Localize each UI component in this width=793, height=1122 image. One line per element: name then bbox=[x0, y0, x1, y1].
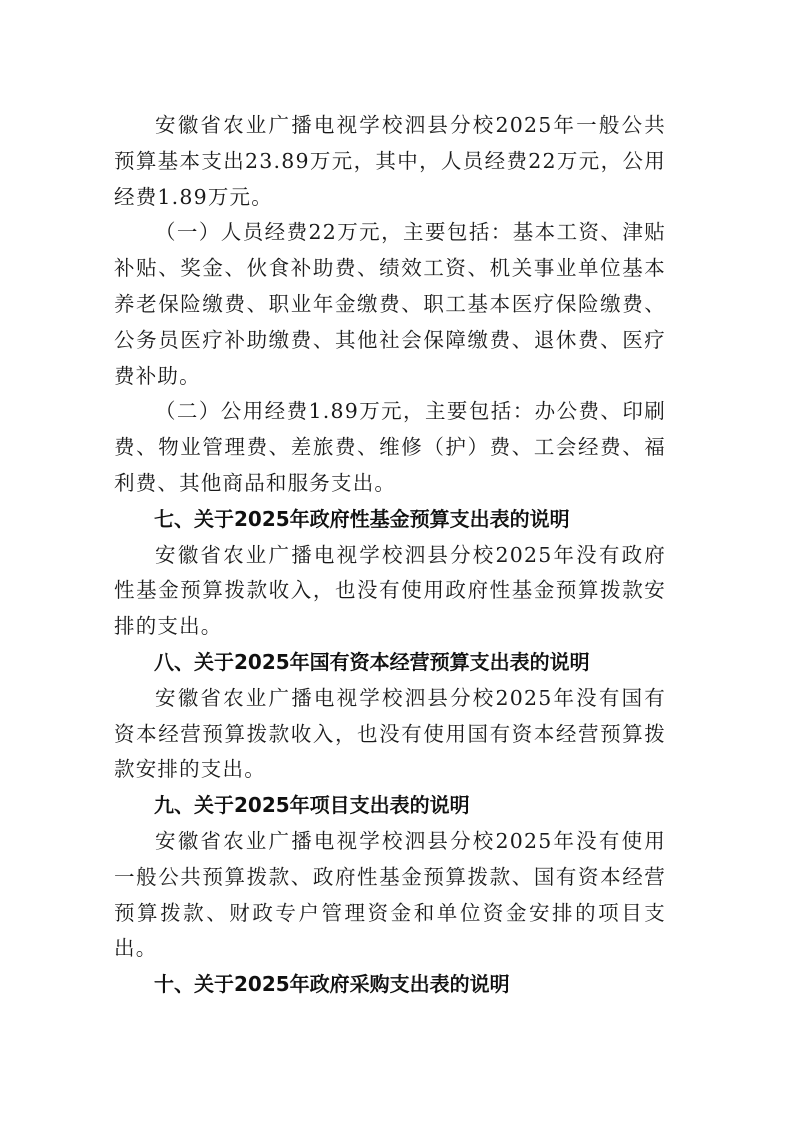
paragraph-public-expenses: （二）公用经费1.89万元，主要包括：办公费、印刷费、物业管理费、差旅费、维修（… bbox=[114, 394, 666, 501]
paragraph-state-capital: 安徽省农业广播电视学校泗县分校2025年没有国有资本经营预算拨款收入，也没有使用… bbox=[114, 681, 666, 788]
paragraph-project-expenditure: 安徽省农业广播电视学校泗县分校2025年没有使用一般公共预算拨款、政府性基金预算… bbox=[114, 824, 666, 967]
paragraph-government-fund: 安徽省农业广播电视学校泗县分校2025年没有政府性基金预算拨款收入，也没有使用政… bbox=[114, 538, 666, 645]
heading-section-8: 八、关于2025年国有资本经营预算支出表的说明 bbox=[114, 645, 666, 681]
paragraph-personnel-expenses: （一）人员经费22万元，主要包括：基本工资、津贴补贴、奖金、伙食补助费、绩效工资… bbox=[114, 215, 666, 394]
heading-section-10: 十、关于2025年政府采购支出表的说明 bbox=[114, 967, 666, 1003]
paragraph-basic-expenditure: 安徽省农业广播电视学校泗县分校2025年一般公共预算基本支出23.89万元，其中… bbox=[114, 108, 666, 215]
heading-section-7: 七、关于2025年政府性基金预算支出表的说明 bbox=[114, 502, 666, 538]
heading-section-9: 九、关于2025年项目支出表的说明 bbox=[114, 788, 666, 824]
document-page: 安徽省农业广播电视学校泗县分校2025年一般公共预算基本支出23.89万元，其中… bbox=[114, 108, 666, 1003]
